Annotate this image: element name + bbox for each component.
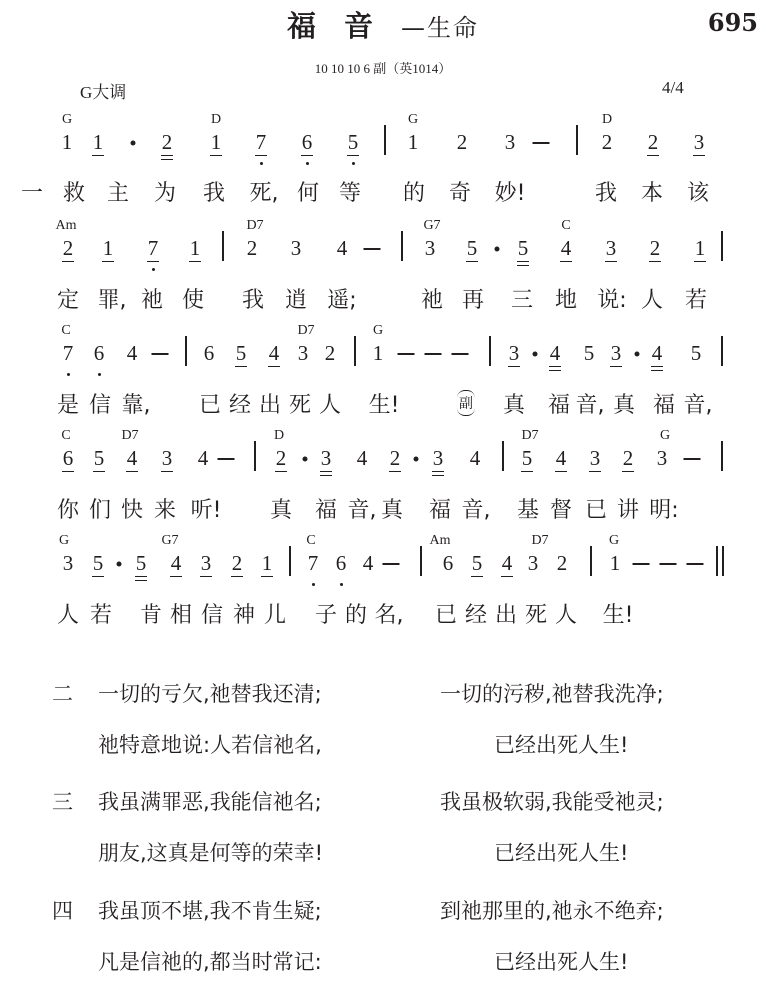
note: 7 [305, 552, 321, 574]
note: 5 [581, 342, 597, 364]
verse-line-1a: 我虽满罪恶,我能信祂名; [98, 786, 322, 816]
underline-eighth [555, 471, 567, 472]
lyric-syllable: 们 [89, 493, 111, 524]
lyric-syllable: 为 [154, 176, 176, 207]
lyric-syllable: 相 [170, 598, 192, 629]
underline-eighth [92, 576, 104, 577]
note: 3 [525, 552, 541, 574]
verse-line-1b: 我虽极软弱,我能受祂灵; [440, 786, 664, 816]
underline-eighth [501, 576, 513, 577]
lyric-syllable: 奇 [449, 176, 471, 207]
note: 1 [90, 131, 106, 153]
note: 3 [587, 447, 603, 469]
lyric-syllable: 已 [199, 388, 221, 419]
chord-symbol: D7 [121, 428, 138, 444]
lower-octave-dot [312, 583, 315, 586]
augmentation-dot [303, 457, 308, 462]
lyric-syllable: 若 [685, 283, 707, 314]
underline-eighth [235, 366, 247, 367]
bar-line [384, 125, 386, 155]
lyric-syllable: 我 [242, 283, 264, 314]
chord-symbol: D7 [531, 533, 548, 549]
title-sub: 生命 [427, 14, 479, 42]
chord-symbol: G [373, 323, 383, 339]
verse-line-2a: 凡是信祂的,都当时常记: [98, 946, 322, 976]
note: 4 [553, 447, 569, 469]
bar-line [254, 441, 256, 471]
lyric-syllable: 音, [348, 493, 377, 524]
chord-symbol: D [274, 428, 284, 444]
lyric-syllable: 死 [525, 598, 547, 629]
note: 5 [233, 342, 249, 364]
note: 2 [229, 552, 245, 574]
lyric-syllable: 罪, [98, 283, 127, 314]
lyric-syllable: 的 [345, 598, 367, 629]
note: 4 [195, 447, 211, 469]
lyric-syllable: 人 [57, 598, 79, 629]
note: 6 [333, 552, 349, 574]
lyric-syllable: 定 [57, 283, 79, 314]
note: 2 [620, 447, 636, 469]
note: 1 [692, 237, 708, 259]
lyric-syllable: 若 [90, 598, 112, 629]
underline-eighth [471, 576, 483, 577]
verse-line-1b: 一切的污秽,祂替我洗净; [440, 678, 664, 708]
note: 4 [547, 342, 563, 364]
lyric-syllable: 人 [641, 283, 663, 314]
verse-number: 四 [52, 895, 73, 925]
lower-octave-dot [306, 162, 309, 165]
note: 6 [440, 552, 456, 574]
lyric-syllable: 人 [319, 388, 341, 419]
sustain-dash [152, 353, 169, 355]
note: 5 [464, 237, 480, 259]
note: 6 [60, 447, 76, 469]
underline-eighth [521, 471, 533, 472]
verse-line-2a: 朋友,这真是何等的荣幸! [98, 837, 323, 867]
verse-line-1a: 一切的亏欠,祂替我还清; [98, 678, 322, 708]
note: 2 [159, 131, 175, 153]
lower-octave-dot [98, 373, 101, 376]
lyric-syllable: 地 [555, 283, 577, 314]
lyric-syllable: 信 [89, 388, 111, 419]
bar-line [721, 441, 723, 471]
lyric-syllable: 神 [233, 598, 255, 629]
sustain-dash [533, 142, 550, 144]
bar-line [185, 336, 187, 366]
verse-line-1b: 到祂那里的,祂永不绝弃; [440, 895, 664, 925]
note: 4 [467, 447, 483, 469]
note: 5 [90, 552, 106, 574]
lyric-syllable: 快 [121, 493, 143, 524]
augmentation-dot [131, 141, 136, 146]
note: 3 [295, 342, 311, 364]
lyric-syllable: 逍 [285, 283, 307, 314]
lyric-syllable: 肯 [140, 598, 162, 629]
lyric-syllable: 明: [649, 493, 678, 524]
lyric-syllable: 福 [315, 493, 337, 524]
lower-octave-dot [260, 162, 263, 165]
note: 4 [334, 237, 350, 259]
lyric-syllable: 该 [687, 176, 709, 207]
sustain-dash [364, 248, 381, 250]
note: 4 [124, 342, 140, 364]
lyric-syllable: 本 [641, 176, 663, 207]
note: 5 [688, 342, 704, 364]
bar-line [721, 231, 723, 261]
note: 2 [273, 447, 289, 469]
note: 3 [60, 552, 76, 574]
chord-symbol: G [660, 428, 670, 444]
chord-symbol: D [211, 112, 221, 128]
underline-eighth [147, 261, 159, 262]
sustain-dash [684, 458, 701, 460]
chord-symbol: Am [56, 218, 77, 234]
note: 4 [168, 552, 184, 574]
bar-line [576, 125, 578, 155]
underline-eighth [517, 261, 529, 262]
lyric-syllable: 我 [203, 176, 225, 207]
verse-line-2b: 已经出死人生! [494, 946, 628, 976]
chord-symbol: D7 [297, 323, 314, 339]
note: 3 [422, 237, 438, 259]
chord-symbol: C [306, 533, 315, 549]
underline-sixteenth [161, 159, 173, 160]
lyric-syllable: 是 [57, 388, 79, 419]
note: 4 [354, 447, 370, 469]
sustain-dash [687, 563, 704, 565]
lyric-syllable: 福 [653, 388, 675, 419]
augmentation-dot [495, 247, 500, 252]
lower-octave-dot [352, 162, 355, 165]
note: 2 [60, 237, 76, 259]
note: 5 [519, 447, 535, 469]
note: 3 [430, 447, 446, 469]
augmentation-dot [117, 562, 122, 567]
bar-line [401, 231, 403, 261]
sustain-dash [218, 458, 235, 460]
note: 2 [647, 237, 663, 259]
lyric-syllable: 基 [517, 493, 539, 524]
lyric-syllable: 靠, [122, 388, 151, 419]
lyric-syllable: 子 [315, 598, 337, 629]
lyric-syllable: 祂 [141, 283, 163, 314]
lyric-syllable: 一 [21, 176, 43, 207]
verse-line-2b: 已经出死人生! [494, 729, 628, 759]
lyric-syllable: 音, [576, 388, 605, 419]
note: 1 [208, 131, 224, 153]
underline-eighth [320, 471, 332, 472]
underline-eighth [610, 366, 622, 367]
note: 6 [201, 342, 217, 364]
underline-eighth [549, 366, 561, 367]
meter-line: 10 10 10 6 副（英1014） [0, 58, 766, 77]
hymn-title: 福音—生命 [0, 4, 766, 45]
underline-eighth [432, 471, 444, 472]
note: 4 [266, 342, 282, 364]
lower-octave-dot [67, 373, 70, 376]
underline-sixteenth [517, 265, 529, 266]
underline-eighth [389, 471, 401, 472]
lyric-syllable: 真 [270, 493, 292, 524]
note: 4 [499, 552, 515, 574]
lyric-syllable: 救 [63, 176, 85, 207]
bar-line [489, 336, 491, 366]
underline-eighth [347, 155, 359, 156]
lower-octave-dot [340, 583, 343, 586]
lyric-syllable: 经 [229, 388, 251, 419]
note: 2 [454, 131, 470, 153]
title-dash: — [401, 14, 427, 42]
note: 4 [649, 342, 665, 364]
note: 7 [253, 131, 269, 153]
verse-number: 二 [52, 678, 73, 708]
bar-line [590, 546, 592, 576]
underline-eighth [126, 471, 138, 472]
note: 3 [506, 342, 522, 364]
verse-line-2a: 祂特意地说:人若信祂名, [98, 729, 322, 759]
underline-eighth [508, 366, 520, 367]
chord-symbol: G7 [423, 218, 440, 234]
lyric-syllable: 出 [495, 598, 517, 629]
verse-line-2b: 已经出死人生! [494, 837, 628, 867]
bar-line [420, 546, 422, 576]
note: 2 [387, 447, 403, 469]
lyric-syllable: 遥; [327, 283, 356, 314]
lyric-syllable: 听! [191, 493, 222, 524]
lyric-syllable: 你 [57, 493, 79, 524]
note: 5 [91, 447, 107, 469]
note: 3 [502, 131, 518, 153]
note: 4 [124, 447, 140, 469]
underline-sixteenth [432, 475, 444, 476]
note: 5 [515, 237, 531, 259]
note: 1 [405, 131, 421, 153]
lyric-syllable: 已 [585, 493, 607, 524]
lyric-syllable: 三 [511, 283, 533, 314]
lyric-syllable: 妙! [495, 176, 526, 207]
chord-symbol: D7 [521, 428, 538, 444]
lyric-syllable: 生! [603, 598, 634, 629]
lyric-syllable: 出 [259, 388, 281, 419]
note: 2 [645, 131, 661, 153]
note: 2 [599, 131, 615, 153]
chord-symbol: G [62, 112, 72, 128]
underline-eighth [62, 471, 74, 472]
underline-eighth [161, 155, 173, 156]
chord-symbol: Am [430, 533, 451, 549]
underline-eighth [135, 576, 147, 577]
underline-eighth [161, 471, 173, 472]
underline-sixteenth [320, 475, 332, 476]
underline-eighth [693, 155, 705, 156]
chord-symbol: D7 [246, 218, 263, 234]
key-signature: G大调 [80, 78, 126, 103]
chord-symbol: G7 [161, 533, 178, 549]
chord-symbol: C [61, 323, 70, 339]
lyric-syllable: 信 [201, 598, 223, 629]
underline-eighth [275, 471, 287, 472]
underline-eighth [466, 261, 478, 262]
sustain-dash [398, 353, 415, 355]
title-main: 福音 [287, 9, 401, 43]
lyric-syllable: 我 [595, 176, 617, 207]
note: 1 [187, 237, 203, 259]
underline-eighth [170, 576, 182, 577]
lyric-syllable: 等 [339, 176, 361, 207]
chord-symbol: D [602, 112, 612, 128]
lyric-syllable: 死, [250, 176, 279, 207]
note: 2 [322, 342, 338, 364]
sustain-dash [383, 563, 400, 565]
note: 7 [145, 237, 161, 259]
underline-eighth [255, 155, 267, 156]
lyric-syllable: 何 [297, 176, 319, 207]
note: 5 [133, 552, 149, 574]
lyric-syllable: 真 [613, 388, 635, 419]
lyric-syllable: 死 [289, 388, 311, 419]
underline-eighth [102, 261, 114, 262]
underline-eighth [605, 261, 617, 262]
underline-eighth [268, 366, 280, 367]
sustain-dash [452, 353, 469, 355]
note: 3 [198, 552, 214, 574]
bar-line [502, 441, 504, 471]
underline-eighth [200, 576, 212, 577]
note: 5 [469, 552, 485, 574]
chord-symbol: C [61, 428, 70, 444]
sustain-dash [633, 563, 650, 565]
lyric-syllable: 福 [429, 493, 451, 524]
lyric-syllable: 说: [597, 283, 626, 314]
note: 6 [299, 131, 315, 153]
note: 2 [554, 552, 570, 574]
lyric-syllable: 经 [465, 598, 487, 629]
chord-symbol: G [609, 533, 619, 549]
note: 1 [59, 131, 75, 153]
lyric-syllable: 音, [684, 388, 713, 419]
lyric-syllable: 使 [182, 283, 204, 314]
underline-eighth [62, 261, 74, 262]
time-signature: 4/4 [662, 78, 684, 98]
bar-line [289, 546, 291, 576]
underline-sixteenth [549, 370, 561, 371]
lyric-syllable: 人 [555, 598, 577, 629]
note: 3 [691, 131, 707, 153]
note: 5 [345, 131, 361, 153]
underline-eighth [231, 576, 243, 577]
underline-eighth [210, 155, 222, 156]
lyric-syllable: 的 [403, 176, 425, 207]
augmentation-dot [533, 352, 538, 357]
lyric-syllable: 福 [548, 388, 570, 419]
augmentation-dot [414, 457, 419, 462]
lyric-syllable: 祂 [421, 283, 443, 314]
note: 3 [603, 237, 619, 259]
lyric-syllable: 讲 [617, 493, 639, 524]
refrain-mark: 副 [457, 390, 475, 416]
note: 7 [60, 342, 76, 364]
underline-sixteenth [651, 370, 663, 371]
sustain-dash [660, 563, 677, 565]
lyric-syllable: 督 [550, 493, 572, 524]
chord-symbol: G [59, 533, 69, 549]
underline-eighth [189, 261, 201, 262]
note: 3 [288, 237, 304, 259]
note: 4 [360, 552, 376, 574]
note: 6 [91, 342, 107, 364]
note: 1 [370, 342, 386, 364]
final-double-bar [716, 546, 724, 576]
note: 3 [654, 447, 670, 469]
chord-symbol: G [408, 112, 418, 128]
underline-eighth [647, 155, 659, 156]
lyric-syllable: 儿 [264, 598, 286, 629]
note: 2 [244, 237, 260, 259]
lower-octave-dot [152, 268, 155, 271]
underline-sixteenth [135, 580, 147, 581]
underline-eighth [651, 366, 663, 367]
note: 3 [159, 447, 175, 469]
lyric-syllable: 已 [435, 598, 457, 629]
underline-eighth [589, 471, 601, 472]
sustain-dash [425, 353, 442, 355]
lyric-syllable: 生! [369, 388, 400, 419]
bar-line [721, 336, 723, 366]
underline-eighth [301, 155, 313, 156]
underline-eighth [560, 261, 572, 262]
lyric-syllable: 名, [375, 598, 404, 629]
note: 1 [100, 237, 116, 259]
note: 3 [608, 342, 624, 364]
note: 4 [558, 237, 574, 259]
chord-symbol: C [561, 218, 570, 234]
underline-eighth [261, 576, 273, 577]
underline-eighth [93, 471, 105, 472]
lyric-syllable: 音, [462, 493, 491, 524]
hymn-number: 695 [708, 8, 758, 37]
lyric-syllable: 主 [107, 176, 129, 207]
bar-line [222, 231, 224, 261]
lyric-syllable: 再 [462, 283, 484, 314]
note: 1 [607, 552, 623, 574]
augmentation-dot [635, 352, 640, 357]
underline-eighth [694, 261, 706, 262]
underline-eighth [622, 471, 634, 472]
bar-line [354, 336, 356, 366]
note: 1 [259, 552, 275, 574]
lyric-syllable: 真 [503, 388, 525, 419]
lyric-syllable: 真 [381, 493, 403, 524]
note: 3 [318, 447, 334, 469]
underline-eighth [649, 261, 661, 262]
verse-number: 三 [52, 786, 73, 816]
verse-line-1a: 我虽顶不堪,我不肯生疑; [98, 895, 322, 925]
underline-eighth [92, 155, 104, 156]
lyric-syllable: 来 [154, 493, 176, 524]
